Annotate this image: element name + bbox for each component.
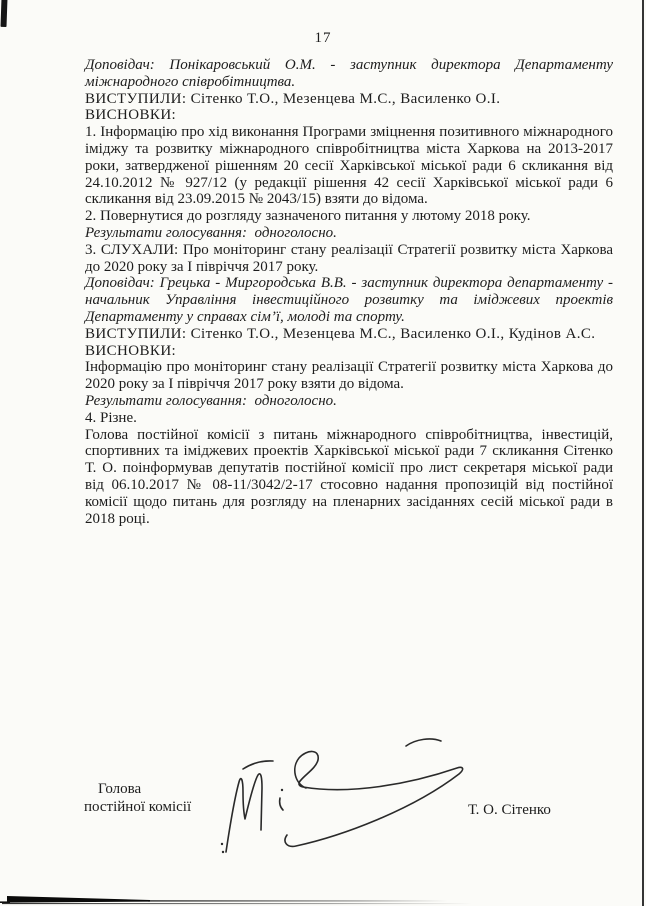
reporter-line-3: Доповідач: Грецька - Миргородська В.В. -… (85, 275, 613, 325)
handwritten-signature (210, 722, 480, 862)
reporter-line-1: Доповідач: Понікаровський О.М. - заступн… (85, 57, 613, 91)
conclusion-text-3: Інформацію про моніторинг стану реалізац… (85, 359, 613, 393)
document-body: Доповідач: Понікаровський О.М. - заступн… (85, 57, 613, 527)
scan-artifact-top-left (0, 0, 7, 27)
signatory-name: Т. О. Сітенко (468, 802, 551, 819)
vote-result-3: Результати голосування: одноголосно. (85, 393, 613, 410)
agenda-item-3-heading: 3. СЛУХАЛИ: Про моніторинг стану реаліза… (85, 242, 613, 276)
speakers-line-1: ВИСТУПИЛИ: Сітенко Т.О., Мезенцева М.С.,… (85, 91, 613, 108)
scan-border-right (642, 0, 644, 906)
conclusion-item-1: 1. Інформацію про хід виконання Програми… (85, 124, 613, 208)
vote-result-1: Результати голосування: одноголосно. (85, 225, 613, 242)
misc-text: Голова постійної комісії з питань міжнар… (85, 427, 613, 528)
misc-heading: 4. Різне. (85, 410, 613, 427)
conclusions-heading-3: ВИСНОВКИ: (85, 343, 613, 360)
scanned-protocol-page: 17 Доповідач: Понікаровський О.М. - заст… (0, 0, 646, 906)
conclusion-item-2: 2. Повернутися до розгляду зазначеного п… (85, 208, 613, 225)
signatory-role-line2: постійної комісії (84, 799, 191, 815)
signatory-role: Голова постійної комісії (84, 780, 191, 816)
signatory-role-line1: Голова (84, 780, 191, 798)
speakers-line-3: ВИСТУПИЛИ: Сітенко Т.О., Мезенцева М.С.,… (85, 326, 613, 343)
conclusions-heading-1: ВИСНОВКИ: (85, 107, 613, 124)
page-number: 17 (0, 30, 646, 47)
scan-artifact-bottom-line (0, 890, 646, 906)
